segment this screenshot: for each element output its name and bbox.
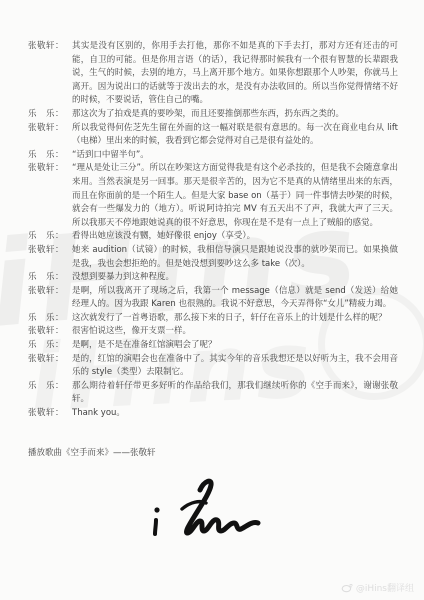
speaker-label: 乐 乐： xyxy=(28,230,72,244)
dialogue-text: 那这次为了拍戏是真的要吵架，而且还要推倒那些东西，扔东西之类的。 xyxy=(72,108,398,122)
weibo-icon xyxy=(341,582,353,593)
dialogue-text: 没想到要暴力到这种程度。 xyxy=(72,271,398,285)
speaker-label: 乐 乐： xyxy=(28,312,72,326)
speaker-label: 乐 乐： xyxy=(28,108,72,122)
dialogue-text: “话到口中留半句”。 xyxy=(72,149,398,163)
dialogue-text: Thank you。 xyxy=(72,407,398,421)
speaker-label: 张敬轩： xyxy=(28,122,72,149)
signature-scrawl-icon xyxy=(144,476,276,554)
dialogue-line: 乐 乐：那么期待着轩仔带更多好听的作品给我们，那我们继续听你的《空手而来》，谢谢… xyxy=(28,380,398,407)
speaker-label: 乐 乐： xyxy=(28,339,72,353)
dialogue-text: 她来 audition（试镜）的时候，我相信导演只是跟她说没事的就吵架而已。如果… xyxy=(72,244,398,271)
dialogue-text: 是啊，是不是在准备红馆演唱会了呢？ xyxy=(72,339,398,353)
speaker-label: 张敬轩： xyxy=(28,325,72,339)
speaker-label: 张敬轩： xyxy=(28,40,72,108)
dialogue-text: 那么期待着轩仔带更多好听的作品给我们，那我们继续听你的《空手而来》，谢谢张敬轩。 xyxy=(72,380,398,407)
dialogue-line: 乐 乐：是啊，是不是在准备红馆演唱会了呢？ xyxy=(28,339,398,353)
dialogue-list: 张敬轩：其实是没有区别的，你用手去打他，那你不如是真的下手去打，那对方还有还击的… xyxy=(28,40,398,421)
dialogue-line: 张敬轩：Thank you。 xyxy=(28,407,398,421)
dialogue-text: 看得出她应该没有嬲，她好像很 enjoy（享受）。 xyxy=(72,230,398,244)
dialogue-line: 乐 乐：这次就发行了一首粤语歌，那么接下来的日子，轩仔在音乐上的计划是什么样的呢… xyxy=(28,312,398,326)
speaker-label: 乐 乐： xyxy=(28,380,72,407)
speaker-label: 乐 乐： xyxy=(28,149,72,163)
dialogue-line: 乐 乐：看得出她应该没有嬲，她好像很 enjoy（享受）。 xyxy=(28,230,398,244)
speaker-label: 张敬轩： xyxy=(28,244,72,271)
dialogue-text: 其实是没有区别的，你用手去打他，那你不如是真的下手去打，那对方还有还击的可能，自… xyxy=(72,40,398,108)
dialogue-line: 张敬轩：是的，红馆的演唱会也在准备中了。其实今年的音乐我想还是以好听为主，我不会… xyxy=(28,353,398,380)
dialogue-text: 是的，红馆的演唱会也在准备中了。其实今年的音乐我想还是以好听为主，我不会用音乐的… xyxy=(72,353,398,380)
credit-text: @iHins翻译组 xyxy=(356,581,414,594)
dialogue-line: 乐 乐：那这次为了拍戏是真的要吵架，而且还要推倒那些东西，扔东西之类的。 xyxy=(28,108,398,122)
hins-signature xyxy=(144,476,398,554)
dialogue-text: 所以我觉得何佐芝先生留在外面的这一幅对联是很有意思的。每一次在商业电台从 lif… xyxy=(72,122,398,149)
dialogue-line: 张敬轩：很害怕说这些，像开支票一样。 xyxy=(28,325,398,339)
dialogue-line: 张敬轩：所以我觉得何佐芝先生留在外面的这一幅对联是很有意思的。每一次在商业电台从… xyxy=(28,122,398,149)
dialogue-text: “理从是处让三分”。所以在吵架这方面觉得我是有这个必杀技的，但是我不会随意拿出来… xyxy=(72,162,398,230)
watermark-credit: @iHins翻译组 xyxy=(341,581,414,594)
speaker-label: 张敬轩： xyxy=(28,353,72,380)
dialogue-text: 很害怕说这些，像开支票一样。 xyxy=(72,325,398,339)
dialogue-line: 乐 乐：“话到口中留半句”。 xyxy=(28,149,398,163)
transcript-page: iHins iHins 张敬轩：其实是没有区别的，你用手去打他，那你不如是真的下… xyxy=(0,0,424,600)
speaker-label: 张敬轩： xyxy=(28,407,72,421)
dialogue-line: 张敬轩：“理从是处让三分”。所以在吵架这方面觉得我是有这个必杀技的，但是我不会随… xyxy=(28,162,398,230)
dialogue-line: 张敬轩：其实是没有区别的，你用手去打他，那你不如是真的下手去打，那对方还有还击的… xyxy=(28,40,398,108)
speaker-label: 张敬轩： xyxy=(28,285,72,312)
dialogue-text: 这次就发行了一首粤语歌，那么接下来的日子，轩仔在音乐上的计划是什么样的呢？ xyxy=(72,312,398,326)
dialogue-line: 张敬轩：是啊，所以我离开了现场之后，我第一个 message（信息）就是 sen… xyxy=(28,285,398,312)
dialogue-text: 是啊，所以我离开了现场之后，我第一个 message（信息）就是 send（发送… xyxy=(72,285,398,312)
dialogue-line: 张敬轩：她来 audition（试镜）的时候，我相信导演只是跟她说没事的就吵架而… xyxy=(28,244,398,271)
dialogue-line: 乐 乐：没想到要暴力到这种程度。 xyxy=(28,271,398,285)
speaker-label: 乐 乐： xyxy=(28,271,72,285)
speaker-label: 张敬轩： xyxy=(28,162,72,230)
play-song-line: 播放歌曲《空手而来》——张敬轩 xyxy=(28,447,398,461)
